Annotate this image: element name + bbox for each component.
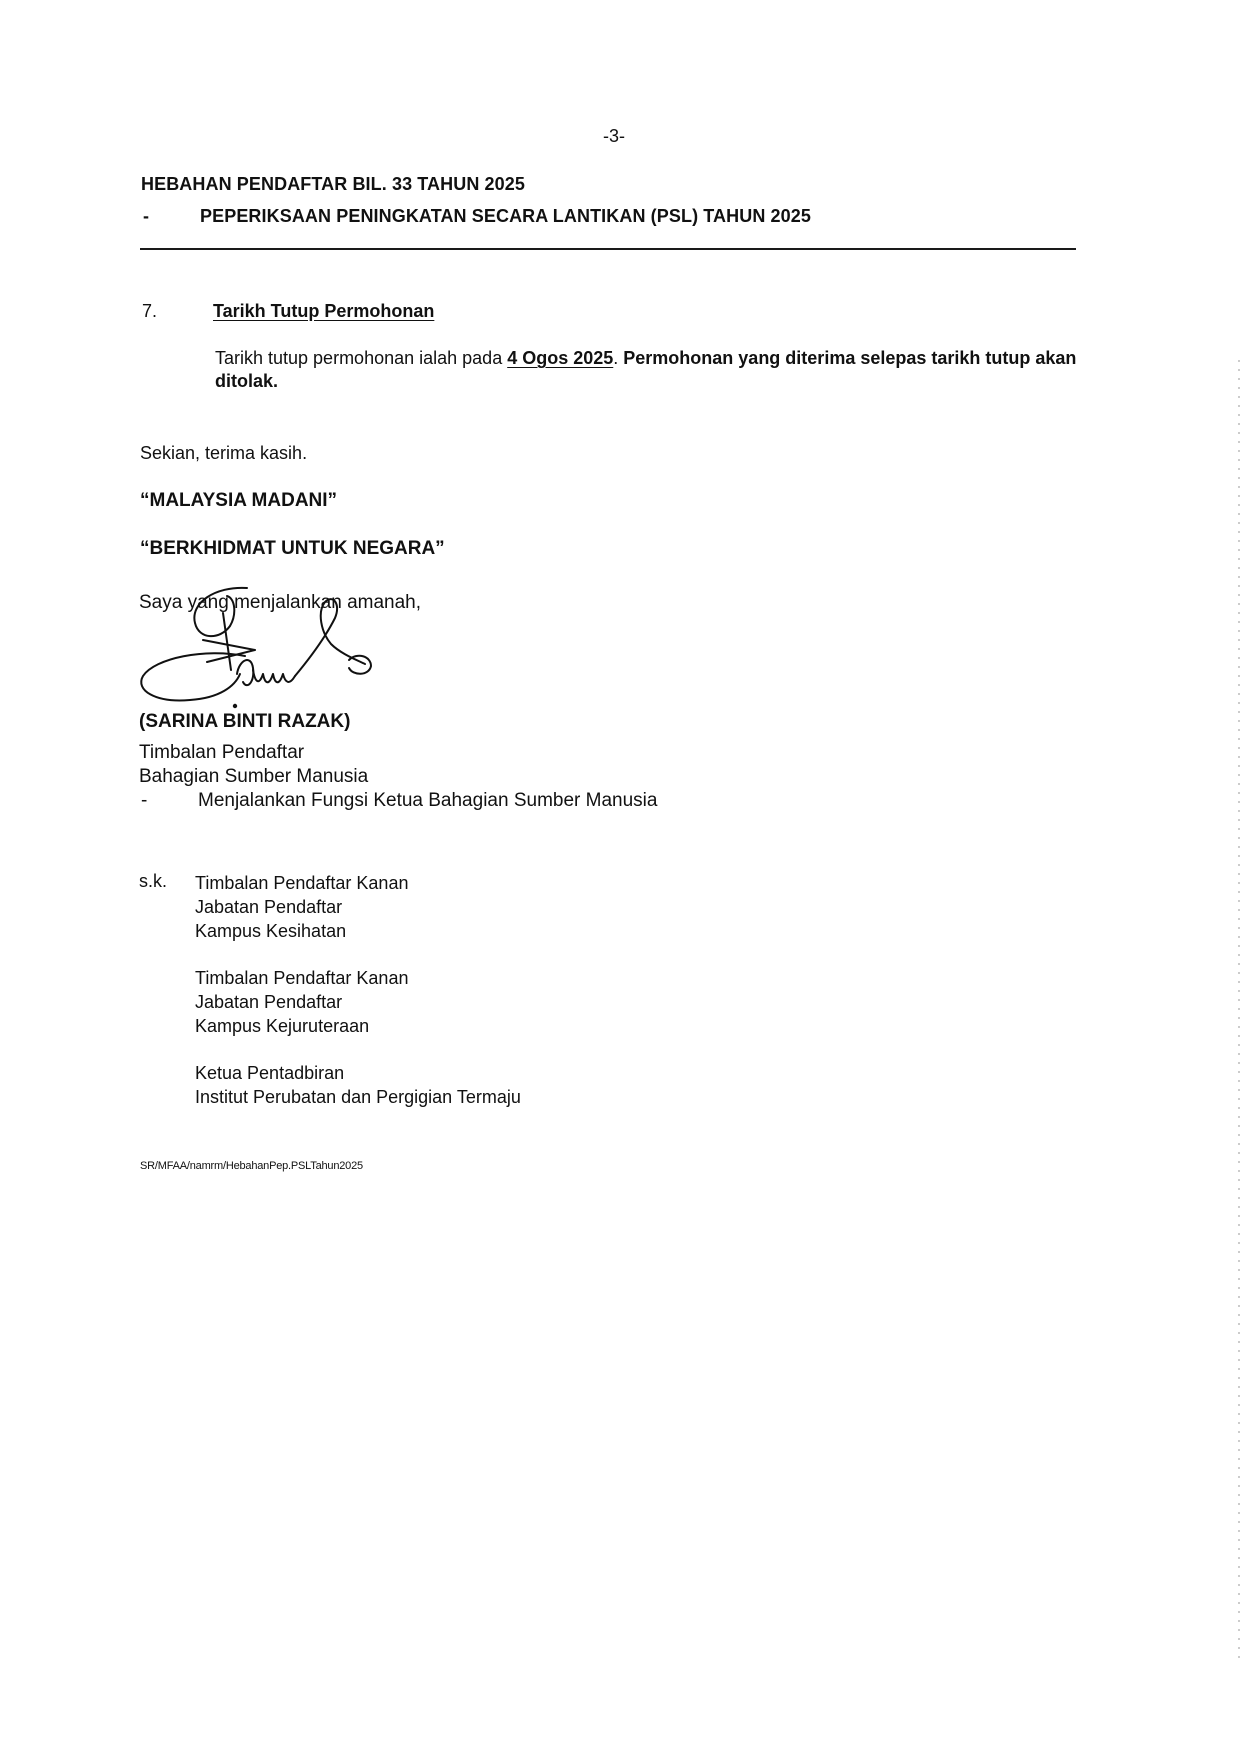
closing-date: 4 Ogos 2025	[507, 348, 613, 368]
signatory-function-dash: -	[141, 790, 147, 812]
body-separator: .	[613, 348, 623, 368]
section-title: Tarikh Tutup Permohonan	[213, 301, 434, 322]
scan-edge-marks	[1238, 360, 1240, 1660]
slogan-malaysia-madani: “MALAYSIA MADANI”	[140, 490, 337, 512]
header-divider	[140, 248, 1076, 250]
signature-icon	[135, 578, 405, 713]
cc-recipient: Timbalan Pendaftar Kanan Jabatan Pendaft…	[195, 966, 408, 1038]
signatory-title: Timbalan Pendaftar	[139, 742, 304, 764]
cc-recipient-line: Timbalan Pendaftar Kanan	[195, 966, 408, 990]
signatory-department: Bahagian Sumber Manusia	[139, 766, 368, 788]
cc-recipient: Timbalan Pendaftar Kanan Jabatan Pendaft…	[195, 871, 408, 943]
cc-recipient-line: Jabatan Pendaftar	[195, 895, 408, 919]
cc-recipient-line: Ketua Pentadbiran	[195, 1061, 521, 1085]
cc-recipient-line: Kampus Kesihatan	[195, 919, 408, 943]
slogan-berkhidmat: “BERKHIDMAT UNTUK NEGARA”	[140, 538, 445, 560]
closing-remark: Sekian, terima kasih.	[140, 443, 307, 464]
cc-label: s.k.	[139, 871, 167, 892]
section-body: Tarikh tutup permohonan ialah pada 4 Ogo…	[215, 347, 1095, 393]
signatory-function: Menjalankan Fungsi Ketua Bahagian Sumber…	[198, 790, 657, 812]
cc-recipient-line: Kampus Kejuruteraan	[195, 1014, 408, 1038]
page-number: -3-	[603, 126, 625, 147]
cc-recipient-line: Jabatan Pendaftar	[195, 990, 408, 1014]
cc-recipient-line: Timbalan Pendaftar Kanan	[195, 871, 408, 895]
cc-recipient-line: Institut Perubatan dan Pergigian Termaju	[195, 1085, 521, 1109]
subtitle-dash: -	[143, 206, 149, 227]
section-number: 7.	[142, 301, 157, 322]
body-text: Tarikh tutup permohonan ialah pada	[215, 348, 507, 368]
document-subtitle: PEPERIKSAAN PENINGKATAN SECARA LANTIKAN …	[200, 206, 811, 227]
cc-recipient: Ketua Pentadbiran Institut Perubatan dan…	[195, 1061, 521, 1109]
file-reference: SR/MFAA/namrm/HebahanPep.PSLTahun2025	[140, 1160, 363, 1172]
signatory-name: (SARINA BINTI RAZAK)	[139, 711, 350, 733]
document-title: HEBAHAN PENDAFTAR BIL. 33 TAHUN 2025	[141, 174, 525, 195]
